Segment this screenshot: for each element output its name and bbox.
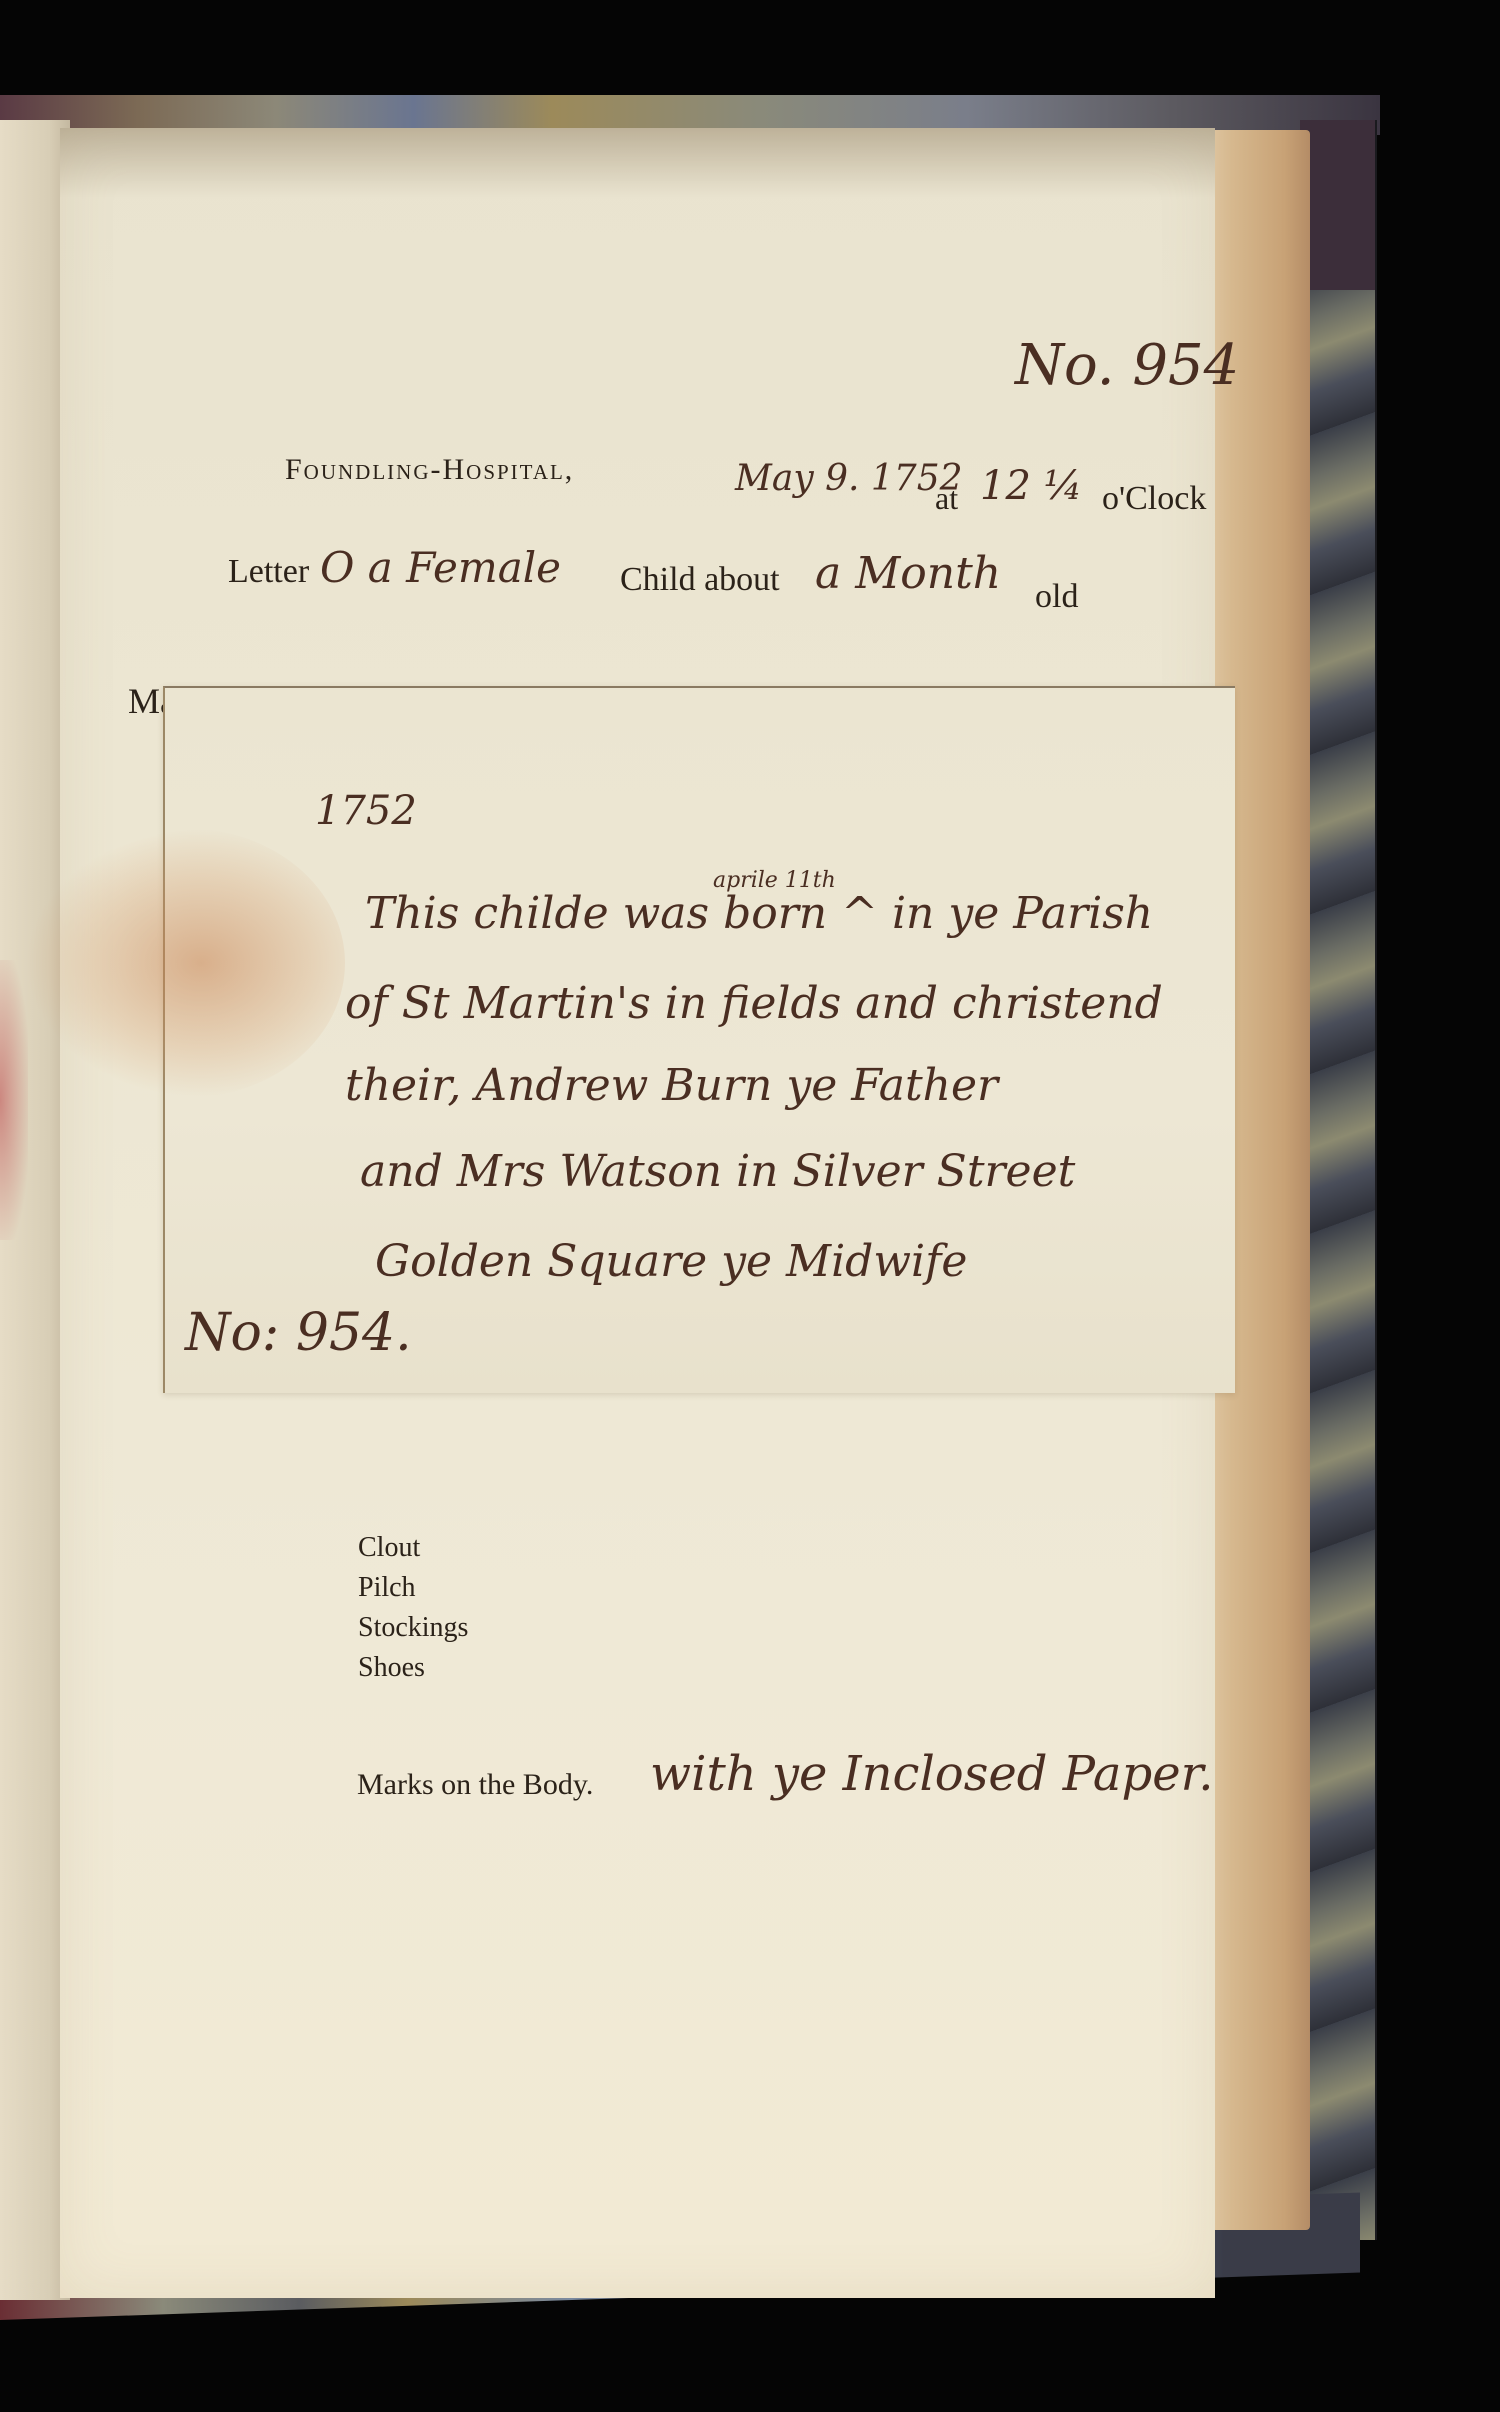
note-line: and Mrs Watson in Silver Street (360, 1146, 1075, 1197)
admission-time: 12 ¼ (980, 463, 1082, 509)
letter-label: Letter (228, 553, 309, 591)
clothing-item: Pilch (358, 1568, 468, 1608)
old-label: old (1035, 578, 1078, 616)
note-year: 1752 (315, 788, 417, 834)
body-marks-label: Marks on the Body. (357, 1768, 593, 1802)
record-number-top: No. 954 (1015, 333, 1239, 398)
letter-and-sex: O a Female (320, 543, 561, 592)
clothing-item: Shoes (358, 1648, 468, 1688)
child-about-label: Child about (620, 561, 780, 599)
note-line: Golden Square ye Midwife (375, 1236, 967, 1287)
admission-date: May 9. 1752 (735, 458, 963, 499)
institution-name: Foundling-Hospital, (285, 453, 574, 487)
clothing-item: Stockings (358, 1608, 468, 1648)
child-age: a Month (815, 548, 1001, 599)
note-record-number: No: 954. (185, 1303, 412, 1363)
note-line: This childe was born ^ in ye Parish (365, 888, 1153, 939)
body-marks-note: with ye Inclosed Paper. (650, 1746, 1214, 1802)
attached-note: 1752 aprile 11th This childe was born ^ … (163, 686, 1235, 1393)
wax-stain (0, 960, 28, 1240)
note-line: of St Martin's in fields and christend (345, 978, 1163, 1029)
clothing-item: Clout (358, 1528, 468, 1568)
oclock-label: o'Clock (1102, 480, 1206, 518)
at-label: at (935, 480, 958, 517)
note-line: their, Andrew Burn ye Father (345, 1060, 998, 1111)
seal-stain (25, 828, 345, 1098)
marbled-cover-edge (1300, 120, 1377, 2240)
clothing-list: Clout Pilch Stockings Shoes (358, 1528, 468, 1688)
